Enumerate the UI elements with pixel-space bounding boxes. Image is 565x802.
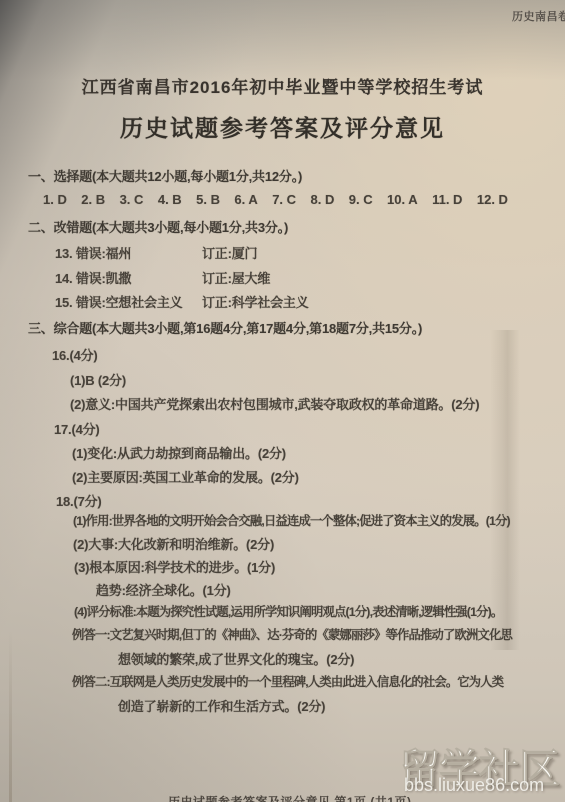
correction-error: 14. 错误:凯撒 bbox=[55, 268, 131, 287]
correction-fix: 订正:科学社会主义 bbox=[202, 292, 309, 311]
correction-error: 15. 错误:空想社会主义 bbox=[55, 292, 182, 311]
answer-line: (3)根本原因:科学技术的进步。(1分) bbox=[74, 557, 275, 576]
answer-line: (2)意义:中国共产党探索出农村包围城市,武装夺取政权的革命道路。(2分) bbox=[70, 394, 479, 413]
answer-line-example1-cont: 想领域的繁荣,成了世界文化的瑰宝。(2分) bbox=[118, 649, 354, 668]
answer-item: 3. C bbox=[120, 192, 144, 207]
answer-item: 2. B bbox=[81, 192, 105, 207]
correction-fix: 订正:厦门 bbox=[202, 243, 257, 262]
answer-item: 8. D bbox=[310, 192, 334, 207]
choice-answers-row: 1. D 2. B 3. C 4. B 5. B 6. A 7. C 8. D … bbox=[43, 192, 508, 207]
answer-item: 5. B bbox=[196, 192, 220, 207]
correction-fix: 订正:屋大维 bbox=[202, 268, 270, 287]
answer-item: 12. D bbox=[477, 192, 508, 207]
answer-line-example1: 例答一:文艺复兴时期,但丁的《神曲》、达·芬奇的《蒙娜丽莎》等作品推动了欧洲文化… bbox=[72, 625, 512, 643]
answer-line-q18: 18.(7分) bbox=[56, 491, 102, 510]
section3-header: 三、综合题(本大题共3小题,第16题4分,第17题4分,第18题7分,共15分。… bbox=[28, 318, 422, 337]
answer-line: (1)变化:从武力劫掠到商品输出。(2分) bbox=[72, 443, 286, 462]
answer-line-q17: 17.(4分) bbox=[54, 419, 100, 438]
answer-item: 1. D bbox=[43, 192, 67, 207]
corner-label: 历史南昌卷 bbox=[512, 8, 565, 24]
answer-line-trend: 趋势:经济全球化。(1分) bbox=[96, 580, 231, 599]
document-photo: 历史南昌卷 江西省南昌市2016年初中毕业暨中等学校招生考试 历史试题参考答案及… bbox=[0, 0, 565, 802]
answer-item: 10. A bbox=[387, 192, 418, 207]
page-footer: 历史试题参考答案及评分意见 第1页 (共1页) bbox=[168, 793, 412, 802]
section2-header: 二、改错题(本大题共3小题,每小题1分,共3分。) bbox=[28, 217, 288, 236]
answer-item: 11. D bbox=[432, 192, 462, 207]
paper-edge bbox=[9, 630, 12, 802]
answer-item: 7. C bbox=[272, 192, 296, 207]
answer-line: (4)评分标准:本题为探究性试题,运用所学知识阐明观点(1分),表述清晰,逻辑性… bbox=[74, 602, 502, 620]
section1-header: 一、选择题(本大题共12小题,每小题1分,共12分。) bbox=[28, 166, 302, 185]
answer-line: (1)作用:世界各地的文明开始会合交融,日益连成一个整体;促进了资本主义的发展。… bbox=[73, 511, 510, 529]
correction-error: 13. 错误:福州 bbox=[55, 243, 131, 262]
answer-line-example2-cont: 创造了崭新的工作和生活方式。(2分) bbox=[118, 696, 325, 715]
answer-item: 4. B bbox=[158, 192, 182, 207]
answer-line-example2: 例答二:互联网是人类历史发展中的一个里程碑,人类由此进入信息化的社会。它为人类 bbox=[72, 672, 503, 690]
document-subtitle: 历史试题参考答案及评分意见 bbox=[0, 110, 565, 143]
document-title: 江西省南昌市2016年初中毕业暨中等学校招生考试 bbox=[0, 73, 565, 98]
answer-item: 9. C bbox=[349, 192, 373, 207]
answer-line: (1)B (2分) bbox=[70, 370, 126, 389]
answer-line: (2)大事:大化改新和明治维新。(2分) bbox=[73, 534, 274, 553]
answer-item: 6. A bbox=[234, 192, 257, 207]
watermark-url: bbs.liuxue86.com bbox=[404, 775, 544, 796]
answer-line-q16: 16.(4分) bbox=[52, 345, 98, 364]
answer-line: (2)主要原因:英国工业革命的发展。(2分) bbox=[72, 467, 299, 486]
